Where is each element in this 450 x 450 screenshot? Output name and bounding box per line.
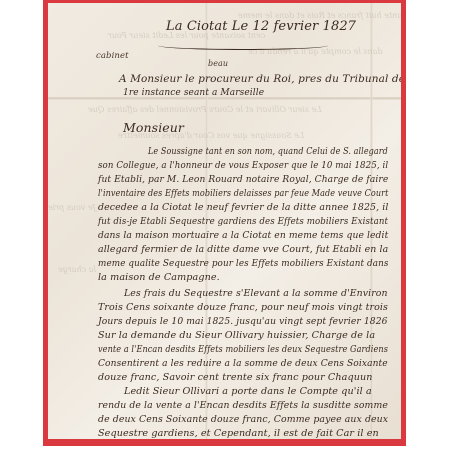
body-line: Trois Cens soixante douze franc, pour ne… — [98, 302, 388, 313]
addressee-line-1: A Monsieur le procureur du Roi, pres du … — [119, 73, 401, 85]
body-line: son Collegue, a l'honneur de vous Expose… — [98, 160, 388, 171]
margin-note: cabinet — [96, 51, 129, 61]
body-line: vente a l'Encan desdits Effets mobiliers… — [98, 344, 388, 355]
body-line: decedee a la Ciotat le neuf fevrier de l… — [98, 202, 388, 213]
salutation: Monsieur — [123, 120, 184, 135]
body-line: de deux Cens Soixante douze franc, Comme… — [98, 414, 388, 425]
body-line: Sur la demande du Sieur Ollivary huissie… — [98, 330, 375, 341]
body-line: douze franc, Savoir cent trente six fran… — [98, 372, 373, 383]
body-line: dans la maison mortuaire a la Ciotat en … — [98, 230, 388, 241]
body-line: Jours depuis le 10 mai 1825. jusqu'au vi… — [98, 316, 388, 327]
body-line: Les frais du Sequestre s'Elevant a la so… — [124, 288, 388, 299]
body-line: l'inventaire des Effets mobiliers delais… — [98, 188, 388, 199]
place-date-heading: La Ciotat Le 12 fevrier 1827 — [166, 19, 356, 34]
body-line: Sequestre gardiens, et Cependant, il est… — [98, 428, 379, 439]
body-line: Ledit Sieur Ollivari a porte dans le Com… — [124, 386, 372, 397]
bleed-through-text: Le sieur Ollivari et le Cours Provisionn… — [88, 105, 322, 114]
letter-paper: quarante huit francs et Rois et dans le … — [48, 3, 401, 439]
body-line: la maison de Campagne. — [98, 272, 220, 283]
date-flourish-underline — [158, 41, 328, 50]
body-line: fut Etabli, par M. Leon Rouard notaire R… — [98, 174, 388, 185]
body-line: fut dis-je Etabli Sequestre gardiens des… — [98, 216, 388, 227]
body-line: meme qualite Sequestre pour les Effets m… — [98, 258, 389, 269]
bleed-through-text: Je vous prie — [48, 203, 96, 212]
addressee-line-2: 1re instance seant a Marseille — [123, 88, 264, 98]
body-line: rendu de la vente a l'Encan desdits Effe… — [98, 400, 388, 411]
body-line: Le Soussigne tant en son nom, quand Celu… — [148, 146, 388, 157]
margin-note-2: beau — [208, 59, 228, 68]
body-line: Consentirent a les reduire a la somme de… — [98, 358, 388, 369]
bleed-through-text: la charge — [58, 265, 96, 274]
body-line: allegard fermier de la ditte dame vve Co… — [98, 244, 388, 255]
